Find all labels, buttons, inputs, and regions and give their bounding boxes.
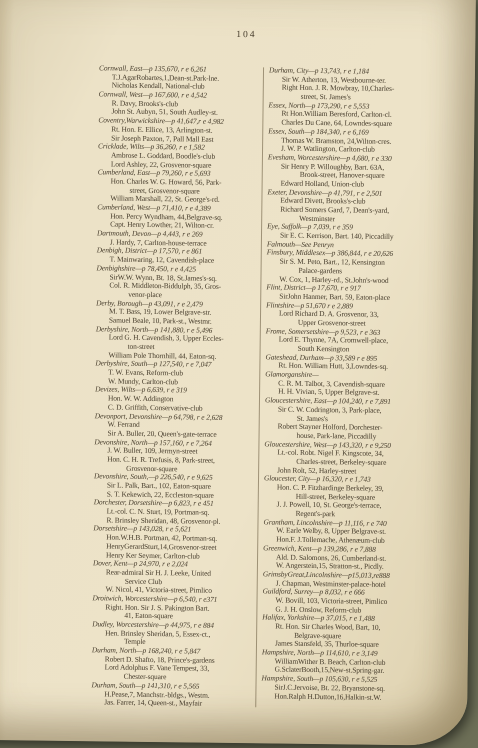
book-page: 104 Cornwall, East—p 135,670, r e 6,261T… (0, 0, 476, 746)
page-number: 104 (176, 29, 316, 41)
scan-background: { "page": { "number": "104", "colors": {… (0, 0, 478, 748)
constituency-column-right: Durham, City—p 13,743, r e 1,184Sir W. A… (261, 66, 432, 702)
entry-line: Hon.Ralph H.Dutton,16,Halkin-st.W. (261, 692, 424, 703)
constituency-column-left: Cornwall, East—p 135,670, r e 6,261T.J.A… (91, 64, 262, 709)
entry-line: Jas. Farrer, 14, Queen-st., Mayfair (91, 698, 254, 709)
